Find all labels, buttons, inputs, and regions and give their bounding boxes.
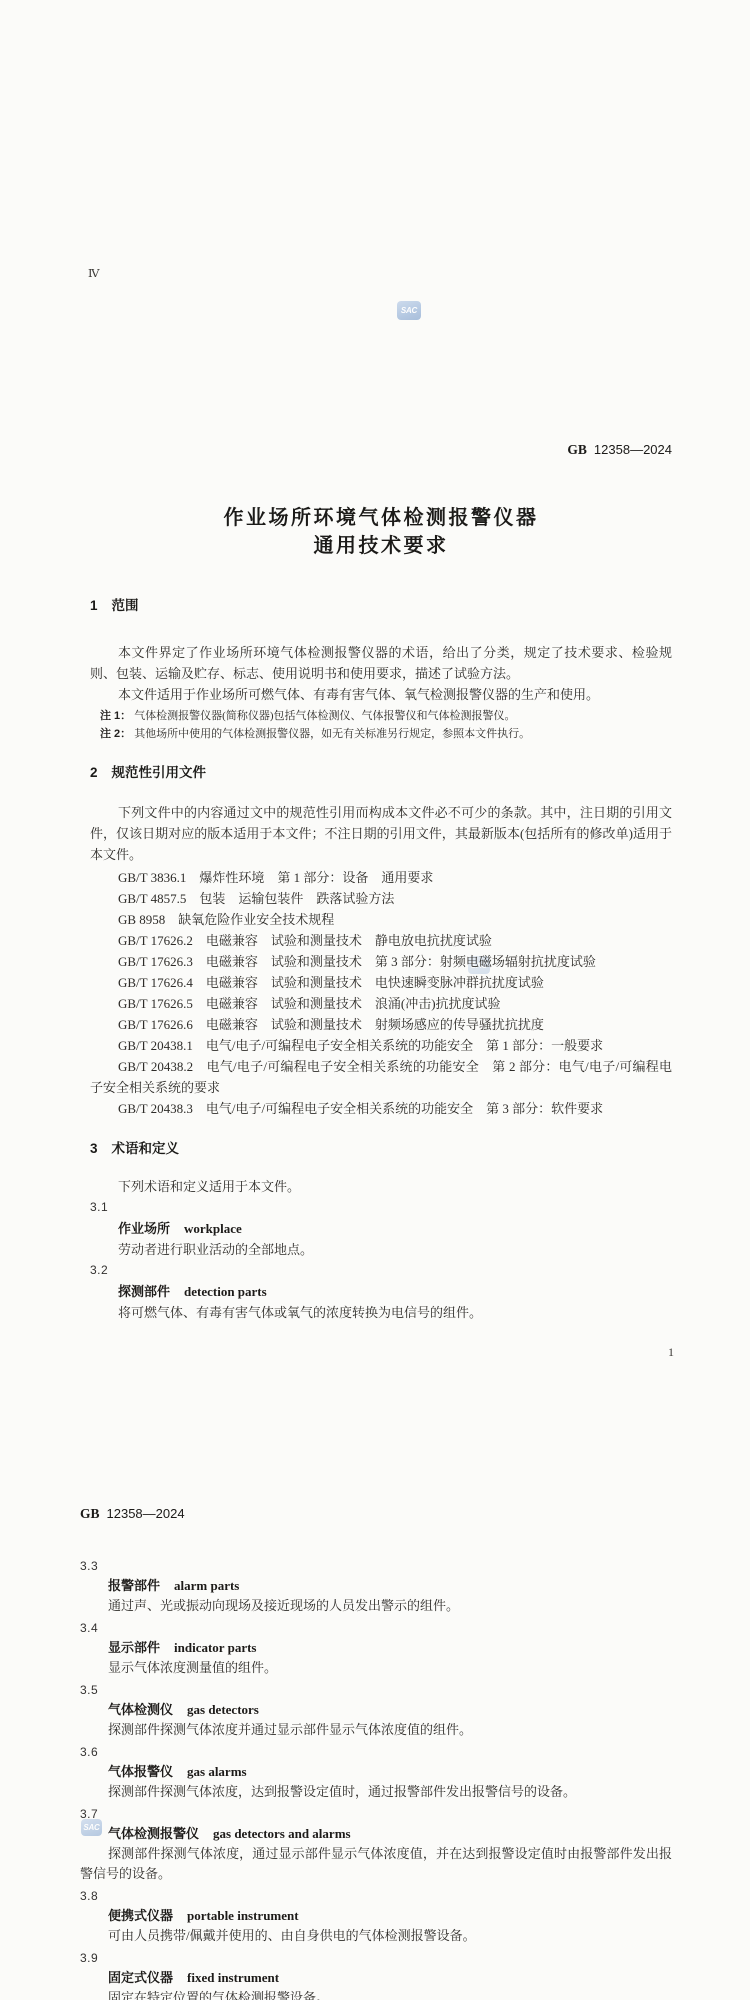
document-title: 作业场所环境气体检测报警仪器 通用技术要求 (90, 504, 672, 560)
scope-notes: 注 1：气体检测报警仪器(简称仪器)包括气体检测仪、气体报警仪和气体检测报警仪。… (90, 708, 672, 743)
sac-watermark-icon: SAC (397, 301, 421, 320)
reference-item: GB/T 17626.6 电磁兼容 试验和测量技术 射频场感应的传导骚扰抗扰度 (90, 1014, 672, 1035)
term-name-en: gas alarms (187, 1764, 247, 1779)
terms-intro: 下列术语和定义适用于本文件。 (90, 1176, 672, 1197)
term-entry: 3.7 气体检测报警仪gas detectors and alarms 探测部件… (80, 1804, 672, 1884)
reference-item: GB/T 17626.5 电磁兼容 试验和测量技术 浪涌(冲击)抗扰度试验 (90, 993, 672, 1014)
term-name-zh: 气体检测仪 (108, 1702, 173, 1717)
term-name-en: fixed instrument (187, 1970, 279, 1985)
term-heading: 固定式仪器fixed instrument (80, 1968, 672, 1988)
section-title: 规范性引用文件 (112, 765, 207, 780)
section-heading-terms: 3术语和定义 (90, 1139, 672, 1159)
terms-list: 3.3 报警部件alarm parts 通过声、光或振动向现场及接近现场的人员发… (80, 1556, 672, 2000)
term-name-zh: 探测部件 (118, 1284, 170, 1299)
section-heading-scope: 1范围 (90, 596, 672, 616)
term-clause-number: 3.1 (90, 1197, 672, 1218)
document-title-line2: 通用技术要求 (314, 535, 449, 557)
reference-item: GB/T 4857.5 包装 运输包装件 跌落试验方法 (90, 888, 672, 909)
term-entry: 3.4 显示部件indicator parts 显示气体浓度测量值的组件。 (80, 1618, 672, 1678)
references-intro: 下列文件中的内容通过文中的规范性引用而构成本文件必不可少的条款。其中，注日期的引… (90, 802, 672, 865)
term-name-en: alarm parts (174, 1578, 239, 1593)
term-name-zh: 气体报警仪 (108, 1764, 173, 1779)
term-definition: 探测部件探测气体浓度，达到报警设定值时，通过报警部件发出报警信号的设备。 (80, 1782, 672, 1802)
term-name-en: detection parts (184, 1284, 267, 1299)
term-heading: 气体检测仪gas detectors (80, 1700, 672, 1720)
term-definition: 探测部件探测气体浓度并通过显示部件显示气体浓度值的组件。 (80, 1720, 672, 1740)
document-scan: { "watermark": { "label": "SAC" }, "colo… (0, 0, 750, 2000)
term-heading: 探测部件detection parts (90, 1281, 672, 1302)
note-label: 注 1： (100, 710, 131, 722)
note: 注 2：其他场所中使用的气体检测报警仪器，如无有关标准另行规定，参照本文件执行。 (90, 726, 672, 744)
reference-item: GB/T 17626.4 电磁兼容 试验和测量技术 电快速瞬变脉冲群抗扰度试验 (90, 972, 672, 993)
note-label: 注 2： (100, 728, 131, 740)
term-name-en: gas detectors and alarms (213, 1826, 351, 1841)
doc-code: GB12358—2024 (90, 442, 672, 458)
reference-list: GB/T 3836.1 爆炸性环境 第 1 部分：设备 通用要求GB/T 485… (90, 867, 672, 1119)
page-1: GB12358—2024 作业场所环境气体检测报警仪器 通用技术要求 1范围 本… (90, 442, 672, 1323)
doc-code-prefix: GB (80, 1506, 100, 1521)
section-heading-normative-references: 2规范性引用文件 (90, 763, 672, 783)
document-title-line1: 作业场所环境气体检测报警仪器 (224, 507, 539, 529)
term-clause-number: 3.6 (80, 1742, 672, 1762)
term-clause-number: 3.3 (80, 1556, 672, 1576)
reference-item: GB 8958 缺氧危险作业安全技术规程 (90, 909, 672, 930)
term-definition: 探测部件探测气体浓度，通过显示部件显示气体浓度值，并在达到报警设定值时由报警部件… (80, 1844, 672, 1884)
term-heading: 便携式仪器portable instrument (80, 1906, 672, 1926)
term-entry: 3.3 报警部件alarm parts 通过声、光或振动向现场及接近现场的人员发… (80, 1556, 672, 1616)
page-number: 1 (668, 1345, 674, 1360)
paragraph: 本文件界定了作业场所环境气体检测报警仪器的术语，给出了分类，规定了技术要求、检验… (90, 642, 672, 684)
reference-item: GB/T 20438.1 电气/电子/可编程电子安全相关系统的功能安全 第 1 … (90, 1035, 672, 1056)
doc-code-number: 12358—2024 (107, 1506, 185, 1521)
note-text: 气体检测报警仪器(简称仪器)包括气体检测仪、气体报警仪和气体检测报警仪。 (134, 710, 515, 722)
term-heading: 显示部件indicator parts (80, 1638, 672, 1658)
term-heading: 气体报警仪gas alarms (80, 1762, 672, 1782)
page-2: GB12358—2024 3.3 报警部件alarm parts 通过声、光或振… (80, 1506, 672, 2000)
term-clause-number: 3.9 (80, 1948, 672, 1968)
scope-paragraphs: 本文件界定了作业场所环境气体检测报警仪器的术语，给出了分类，规定了技术要求、检验… (90, 642, 672, 705)
term-name-zh: 气体检测报警仪 (108, 1826, 199, 1841)
term-name-zh: 报警部件 (108, 1578, 160, 1593)
reference-item: GB/T 17626.3 电磁兼容 试验和测量技术 第 3 部分：射频电磁场辐射… (90, 951, 672, 972)
term-clause-number: 3.7 (80, 1804, 672, 1824)
section-title: 术语和定义 (112, 1141, 180, 1156)
term-heading: 气体检测报警仪gas detectors and alarms (80, 1824, 672, 1844)
term-name-zh: 便携式仪器 (108, 1908, 173, 1923)
term-definition: 将可燃气体、有毒有害气体或氧气的浓度转换为电信号的组件。 (90, 1302, 672, 1323)
term-name-en: gas detectors (187, 1702, 259, 1717)
reference-item: GB/T 3836.1 爆炸性环境 第 1 部分：设备 通用要求 (90, 867, 672, 888)
reference-item: GB/T 20438.3 电气/电子/可编程电子安全相关系统的功能安全 第 3 … (90, 1098, 672, 1119)
term-definition: 固定在特定位置的气体检测报警设备。 (80, 1988, 672, 2000)
section-title: 范围 (112, 598, 139, 613)
term-entry: 3.6 气体报警仪gas alarms 探测部件探测气体浓度，达到报警设定值时，… (80, 1742, 672, 1802)
term-heading: 作业场所workplace (90, 1218, 672, 1239)
term-definition: 可由人员携带/佩戴并使用的、由自身供电的气体检测报警设备。 (80, 1926, 672, 1946)
term-name-zh: 固定式仪器 (108, 1970, 173, 1985)
term-entry: 3.1 作业场所workplace 劳动者进行职业活动的全部地点。 (90, 1197, 672, 1260)
section-number: 3 (90, 1141, 98, 1156)
term-definition: 劳动者进行职业活动的全部地点。 (90, 1239, 672, 1260)
reference-item: GB/T 17626.2 电磁兼容 试验和测量技术 静电放电抗扰度试验 (90, 930, 672, 951)
reference-item: GB/T 20438.2 电气/电子/可编程电子安全相关系统的功能安全 第 2 … (90, 1056, 672, 1098)
term-name-en: indicator parts (174, 1640, 256, 1655)
section-number: 1 (90, 598, 98, 613)
note: 注 1：气体检测报警仪器(简称仪器)包括气体检测仪、气体报警仪和气体检测报警仪。 (90, 708, 672, 726)
term-clause-number: 3.5 (80, 1680, 672, 1700)
term-entry: 3.8 便携式仪器portable instrument 可由人员携带/佩戴并使… (80, 1886, 672, 1946)
term-entry: 3.9 固定式仪器fixed instrument 固定在特定位置的气体检测报警… (80, 1948, 672, 2000)
doc-code: GB12358—2024 (80, 1506, 672, 1522)
term-heading: 报警部件alarm parts (80, 1576, 672, 1596)
term-name-en: portable instrument (187, 1908, 299, 1923)
note-text: 其他场所中使用的气体检测报警仪器，如无有关标准另行规定，参照本文件执行。 (134, 728, 530, 740)
term-definition: 显示气体浓度测量值的组件。 (80, 1658, 672, 1678)
term-entry: 3.2 探测部件detection parts 将可燃气体、有毒有害气体或氧气的… (90, 1260, 672, 1323)
term-clause-number: 3.2 (90, 1260, 672, 1281)
folio-page-number: Ⅳ (88, 266, 101, 280)
paragraph: 本文件适用于作业场所可燃气体、有毒有害气体、氧气检测报警仪器的生产和使用。 (90, 684, 672, 705)
term-definition: 通过声、光或振动向现场及接近现场的人员发出警示的组件。 (80, 1596, 672, 1616)
section-number: 2 (90, 765, 98, 780)
terms-list: 3.1 作业场所workplace 劳动者进行职业活动的全部地点。 3.2 探测… (90, 1197, 672, 1323)
doc-code-prefix: GB (567, 442, 587, 457)
term-clause-number: 3.8 (80, 1886, 672, 1906)
term-entry: 3.5 气体检测仪gas detectors 探测部件探测气体浓度并通过显示部件… (80, 1680, 672, 1740)
doc-code-number: 12358—2024 (594, 442, 672, 457)
term-name-en: workplace (184, 1221, 242, 1236)
term-name-zh: 作业场所 (118, 1221, 170, 1236)
term-name-zh: 显示部件 (108, 1640, 160, 1655)
term-clause-number: 3.4 (80, 1618, 672, 1638)
